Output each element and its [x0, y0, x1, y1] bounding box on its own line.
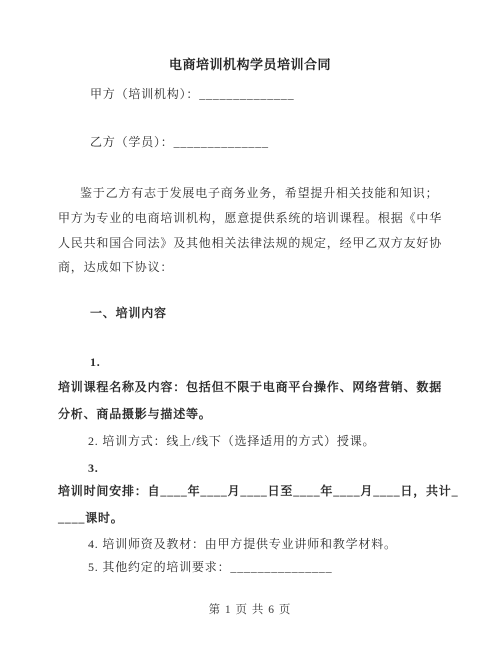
clause-1-number: 1.	[90, 354, 101, 370]
clause-3-line-1: 培训时间安排：自____年____月____日至____年____月____日，…	[58, 483, 458, 499]
contract-document-page: 电商培训机构学员培训合同 甲方（培训机构）：______________ 乙方（…	[0, 0, 500, 647]
clause-1-line-2: 分析、商品摄影与描述等。	[58, 406, 212, 422]
party-b-line: 乙方（学员）：______________	[90, 134, 269, 150]
preamble-line-3: 人民共和国合同法》及其他相关法律法规的规定，经甲乙双方友好协	[58, 235, 442, 251]
clause-4-line: 4. 培训师资及教材：由甲方提供专业讲师和教学材料。	[88, 536, 397, 552]
clause-2-line: 2. 培训方式：线上/线下（选择适用的方式）授课。	[88, 433, 375, 449]
page-number-footer: 第 1 页 共 6 页	[0, 602, 500, 618]
party-a-line: 甲方（培训机构）：______________	[90, 86, 294, 102]
clause-1-line-1: 培训课程名称及内容：包括但不限于电商平台操作、网络营销、数据	[58, 379, 442, 395]
preamble-line-1: 鉴于乙方有志于发展电子商务业务，希望提升相关技能和知识；	[80, 185, 438, 201]
clause-3-line-2: ____课时。	[58, 510, 124, 526]
clause-3-number: 3.	[88, 460, 99, 476]
section-1-heading: 一、培训内容	[90, 305, 167, 321]
preamble-line-4: 商，达成如下协议：	[58, 259, 173, 275]
contract-title: 电商培训机构学员培训合同	[0, 57, 500, 73]
preamble-line-2: 甲方为专业的电商培训机构，愿意提供系统的培训课程。根据《中华	[58, 210, 442, 226]
clause-5-line: 5. 其他约定的培训要求：_______________	[88, 559, 332, 575]
